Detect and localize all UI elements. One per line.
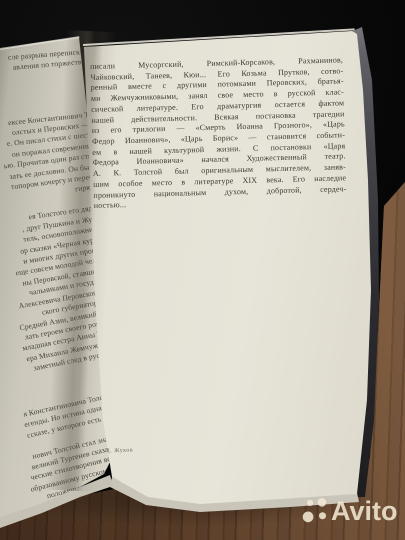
book-photo: сле разрыва перепискиавления по торжеств… (0, 0, 405, 540)
avito-watermark: Avito (299, 496, 398, 527)
right-page-text-block: писали Мусоргский, Римский-Корсаков, Рах… (90, 55, 347, 222)
avito-logo-icon (299, 496, 330, 527)
avito-wordmark: Avito (331, 496, 398, 527)
